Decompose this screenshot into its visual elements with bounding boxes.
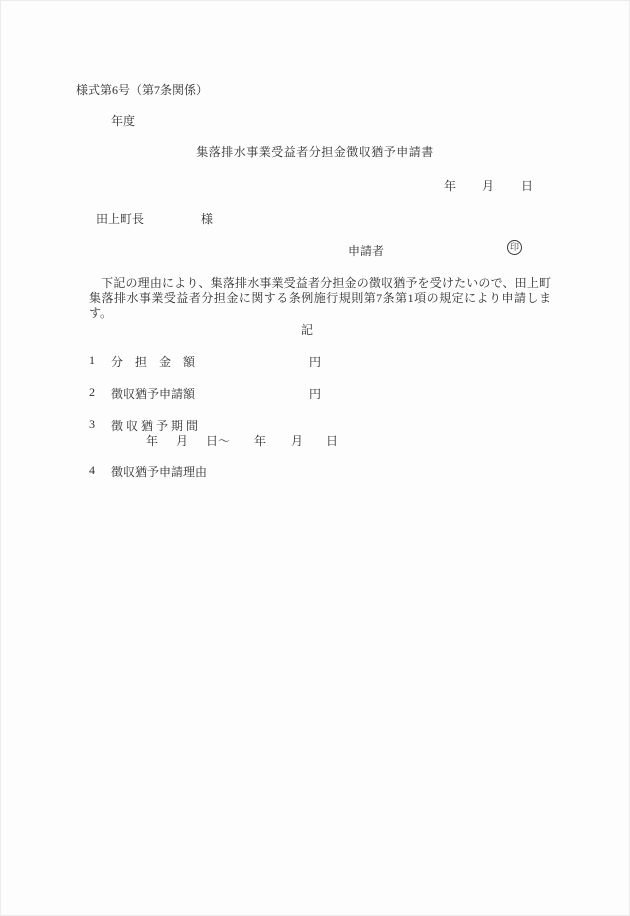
item-label: 徴収猶予申請額 xyxy=(111,385,195,402)
item-label: 分 担 金 額 xyxy=(111,353,195,370)
period-to-year: 年 xyxy=(254,432,266,449)
period-from-month: 月 xyxy=(176,432,188,449)
fiscal-year-label: 年度 xyxy=(111,112,135,129)
section-marker: 記 xyxy=(301,321,313,338)
period-from-day: 日～ xyxy=(206,432,230,449)
date-month-label: 月 xyxy=(482,177,494,194)
period-to-day: 日 xyxy=(326,432,338,449)
item-number: 1 xyxy=(89,353,95,368)
seal-mark-icon: 印 xyxy=(507,240,522,255)
addressee-name: 田上町長 xyxy=(96,210,144,227)
applicant-label: 申請者 xyxy=(348,242,384,259)
date-year-label: 年 xyxy=(444,177,456,194)
document-title: 集落排水事業受益者分担金徴収猶予申請書 xyxy=(1,143,629,160)
item-label: 徴収猶予申請理由 xyxy=(111,463,207,480)
addressee-honorific: 様 xyxy=(201,210,213,227)
item-number: 2 xyxy=(89,385,95,400)
item-unit: 円 xyxy=(309,385,321,402)
date-day-label: 日 xyxy=(521,177,533,194)
period-to-month: 月 xyxy=(291,432,303,449)
body-paragraph: 下記の理由により、集落排水事業受益者分担金の徴収猶予を受けたいので、田上町集落排… xyxy=(89,276,551,321)
application-form-page: 様式第6号（第7条関係） 年度 集落排水事業受益者分担金徴収猶予申請書 年 月 … xyxy=(0,0,630,916)
item-number: 3 xyxy=(89,417,95,432)
item-number: 4 xyxy=(89,463,95,478)
form-number: 様式第6号（第7条関係） xyxy=(76,81,208,98)
item-unit: 円 xyxy=(309,353,321,370)
period-from-year: 年 xyxy=(146,432,158,449)
